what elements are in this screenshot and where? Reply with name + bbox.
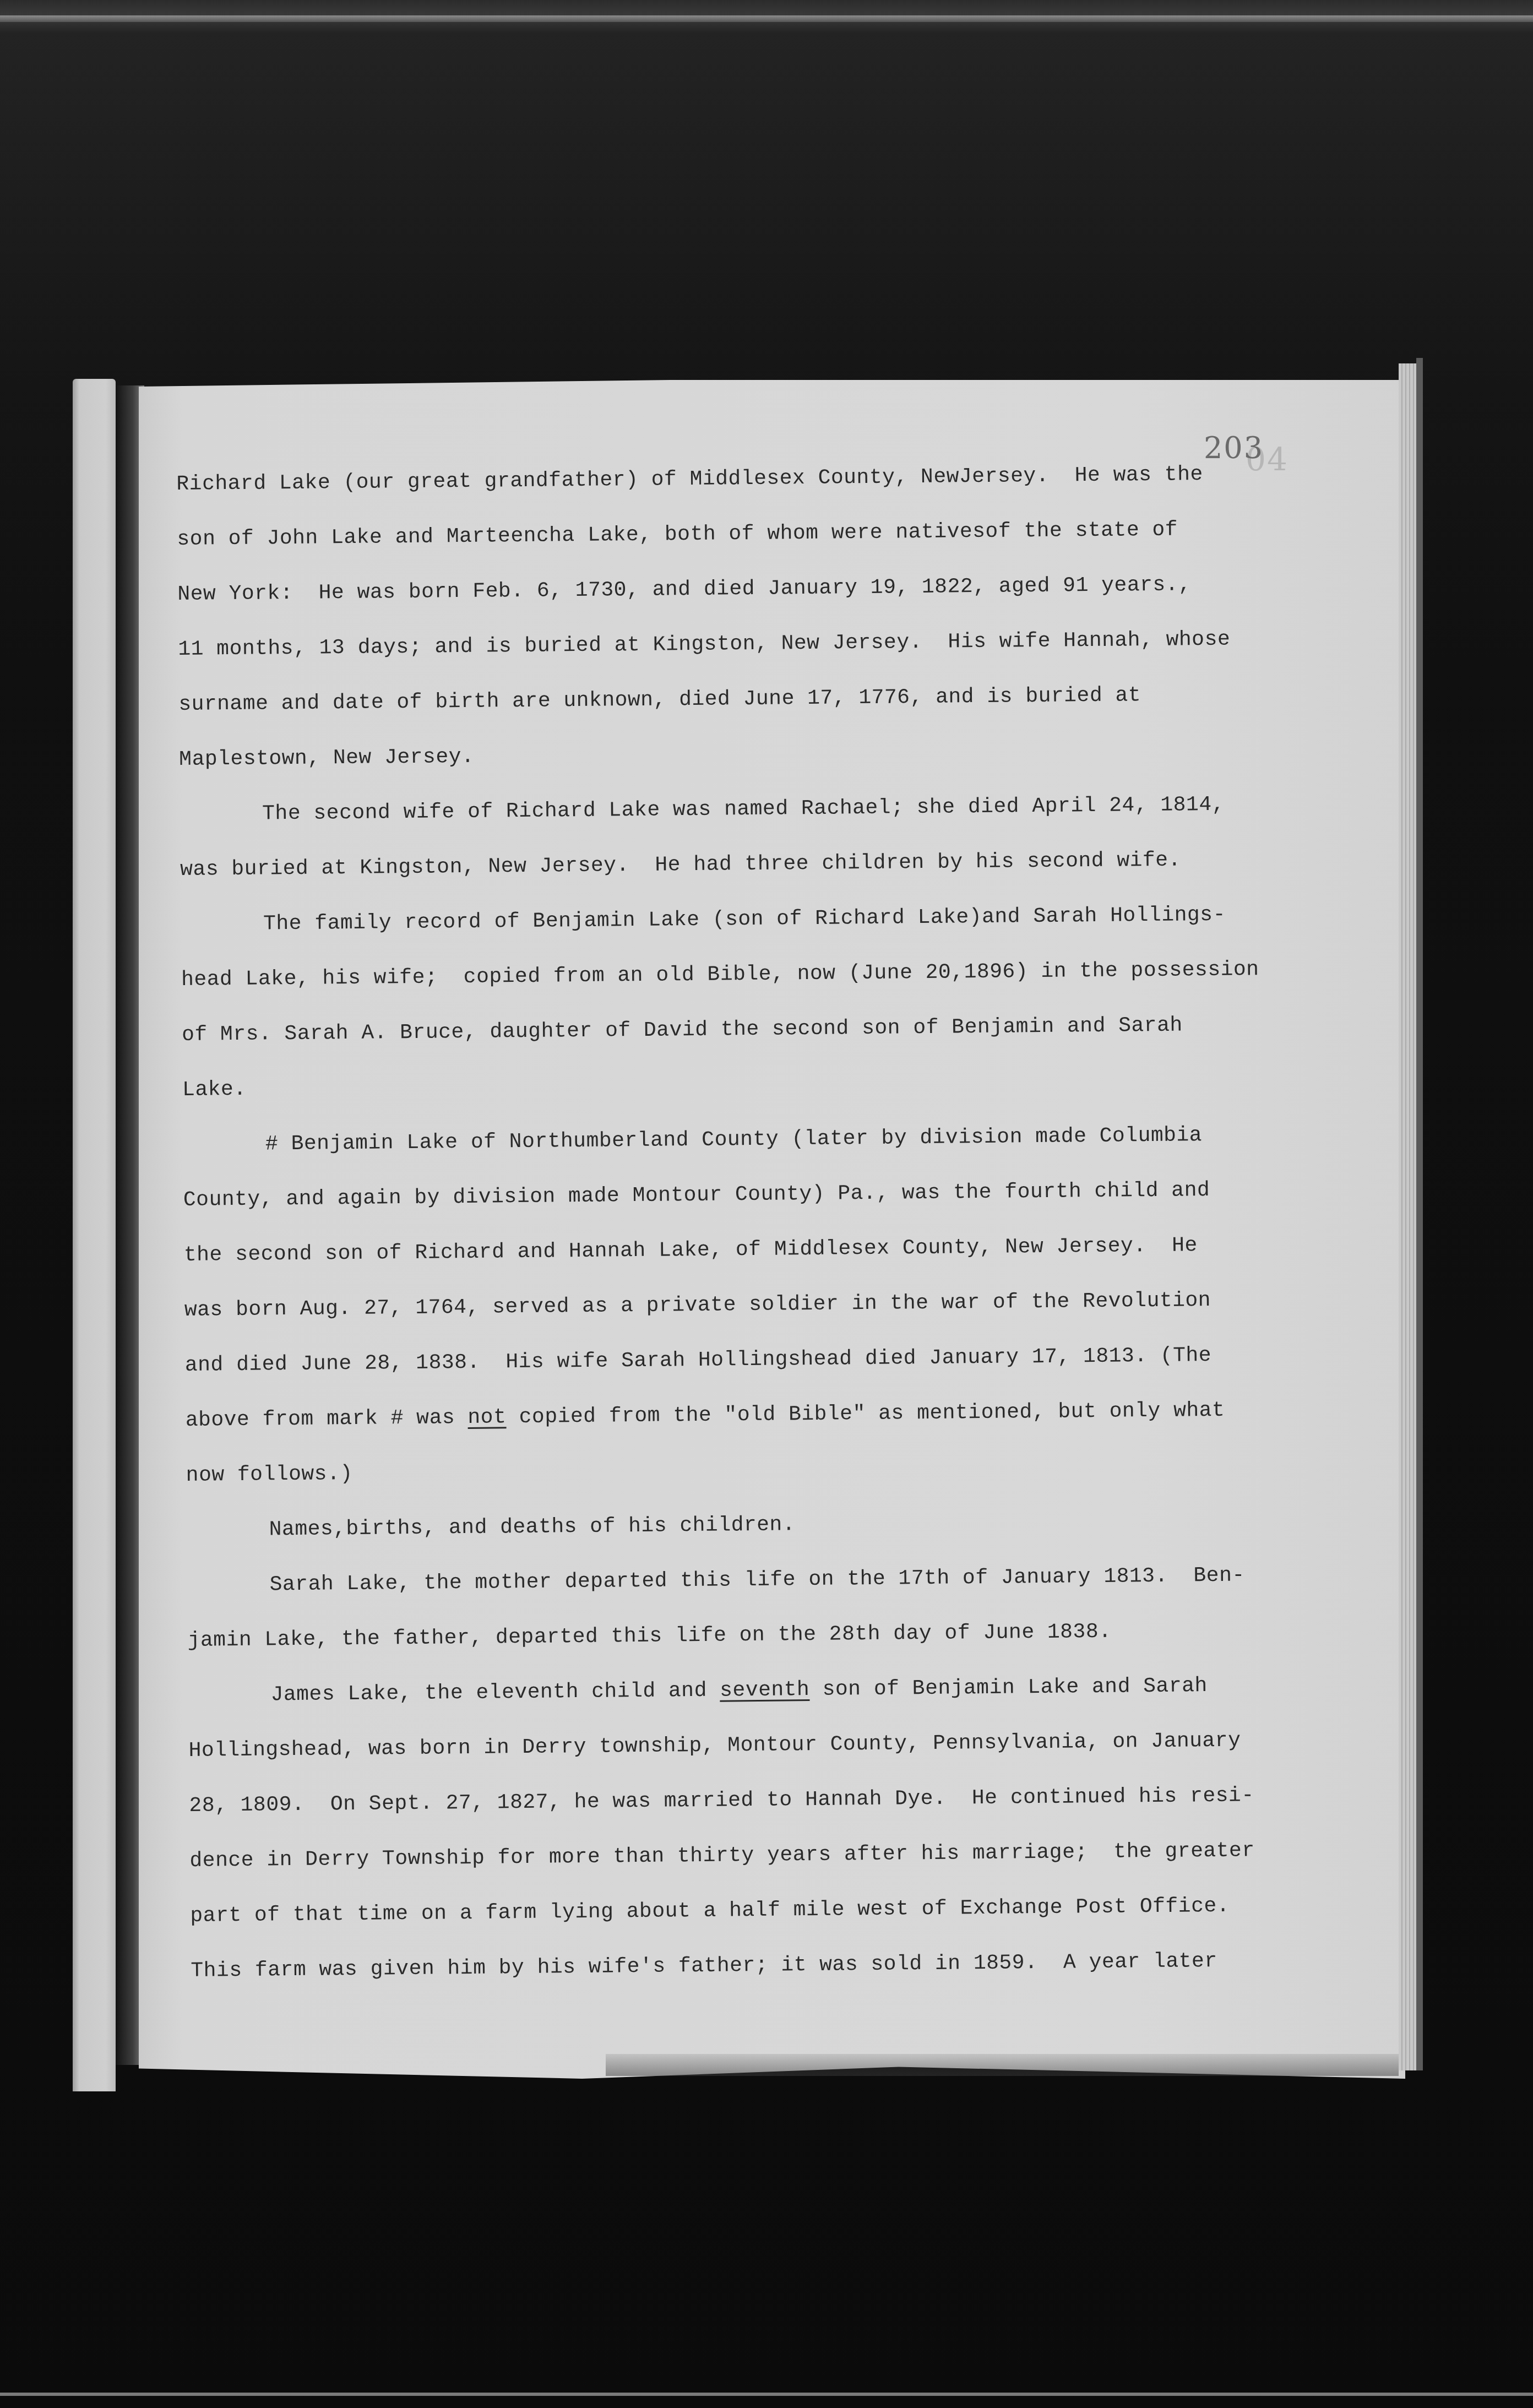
page-bottom-shadow	[606, 2054, 1399, 2076]
adjacent-page-edge	[73, 379, 116, 2091]
film-bottom-edge	[0, 2393, 1533, 2396]
text-line: of Mrs. Sarah A. Bruce, daughter of Davi…	[182, 997, 1339, 1063]
page-stack-shadow	[1416, 358, 1423, 2070]
underlined-word: seventh	[720, 1678, 810, 1703]
film-top-edge	[0, 15, 1533, 22]
text-line: This farm was given him by his wife's fa…	[191, 1933, 1347, 1999]
underlined-word: not	[467, 1405, 506, 1429]
typed-text-body: Richard Lake (our great grandfather) of …	[176, 446, 1347, 1999]
page-stack-edge	[1399, 363, 1416, 2070]
text-line: 11 months, 13 days; and is buried at Kin…	[178, 611, 1335, 677]
text-line: above from mark # was not copied from th…	[185, 1382, 1342, 1448]
text-line: Sarah Lake, the mother departed this lif…	[187, 1547, 1344, 1613]
